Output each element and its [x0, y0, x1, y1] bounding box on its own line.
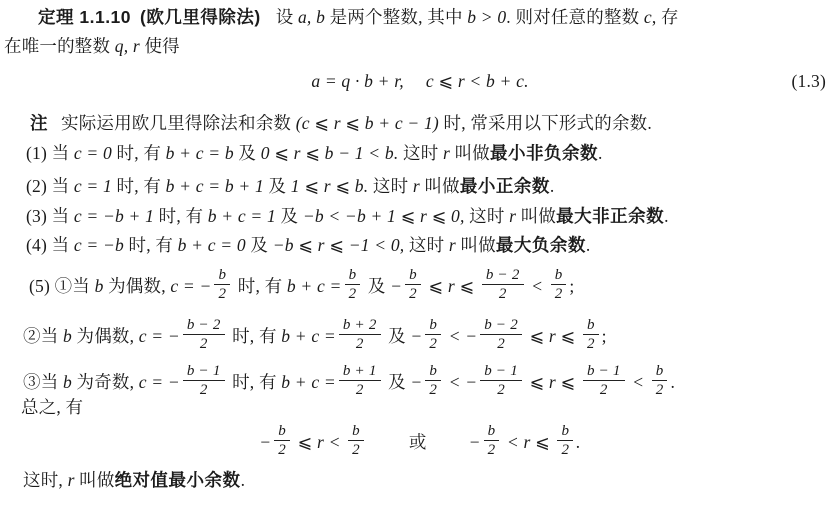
item-text: .	[670, 372, 675, 392]
final-display-equation: −b2 ⩽ r < b2或−b2 < r ⩽ b2.	[0, 417, 840, 467]
item-text: ;	[569, 276, 574, 296]
fraction-b-over-2: b2	[425, 317, 441, 354]
theorem-text: 是两个整数, 其中	[325, 7, 467, 27]
math-run: −b < −b + 1 ⩽ r ⩽ 0,	[303, 206, 465, 226]
item-number: (3) 当	[26, 206, 74, 226]
math-run: r	[443, 143, 450, 163]
math-run: c = −b + 1	[74, 206, 154, 226]
item-text: 时, 有	[154, 206, 208, 226]
math-run: b	[63, 372, 72, 392]
remainder-term: 最大负余数	[496, 235, 586, 255]
item-number: (1) 当	[26, 143, 74, 163]
math-run: 0 ⩽ r ⩽ b − 1 < b.	[261, 143, 399, 163]
note-item-5b: ②当 b 为偶数, c = −b − 22 时, 有 b + c =b + 22…	[23, 312, 607, 360]
fraction-b-over-2: b2	[345, 267, 361, 304]
item-text: .	[550, 176, 555, 196]
item-text: 时, 有	[112, 143, 166, 163]
final-sentence: 这时, r 叫做绝对值最小余数.	[23, 470, 245, 490]
math-run: < −	[444, 326, 477, 346]
math-run: b	[95, 276, 104, 296]
item-text: 这时	[398, 143, 443, 163]
note-intro: 注实际运用欧几里得除法和余数 (c ⩽ r ⩽ b + c − 1) 时, 常采…	[30, 113, 652, 133]
item-text: 及	[384, 372, 411, 392]
math-run: r	[413, 176, 420, 196]
fraction-b-over-2: b2	[425, 363, 441, 400]
remainder-term: 最小正余数	[460, 176, 550, 196]
math-run: b + c =	[281, 372, 336, 392]
fraction-b-over-2: b2	[214, 267, 230, 304]
math-run: b + c =	[281, 326, 336, 346]
item-text: .	[586, 235, 591, 255]
math-run: r	[449, 235, 456, 255]
item-text: 叫做	[516, 206, 556, 226]
item-text: 叫做	[456, 235, 496, 255]
final-text: 叫做	[75, 470, 115, 490]
theorem-text: , 存	[652, 7, 679, 27]
item-number: (4) 当	[26, 235, 74, 255]
math-run: b + c = 0	[178, 235, 246, 255]
item-text: 叫做	[450, 143, 490, 163]
math-run: c = −b	[74, 235, 124, 255]
note-item-2: (2) 当 c = 1 时, 有 b + c = b + 1 及 1 ⩽ r ⩽…	[26, 176, 554, 196]
remainder-term: 最大非正余数	[556, 206, 664, 226]
remainder-term: 最小非负余数	[490, 143, 598, 163]
math-run: <	[628, 372, 649, 392]
note-item-5c: ③当 b 为奇数, c = −b − 12 时, 有 b + c =b + 12…	[23, 358, 675, 406]
theorem-text: 使得	[140, 36, 180, 56]
final-text: .	[241, 470, 246, 490]
equation-body: a = q · b + r,	[311, 71, 404, 91]
math-run: c = −	[139, 326, 180, 346]
math-run: ⩽ r ⩽	[525, 372, 580, 392]
math-run: c = 0	[74, 143, 112, 163]
fraction-b-minus-1-over-2: b − 12	[183, 363, 225, 400]
item-text: 时, 有	[228, 326, 282, 346]
item-text: 为奇数,	[72, 372, 139, 392]
math-run: −	[410, 372, 422, 392]
math-run: −b ⩽ r ⩽ −1 < 0,	[273, 235, 405, 255]
item-number: (2) 当	[26, 176, 74, 196]
final-text: 这时,	[23, 470, 68, 490]
fraction-b-minus-2-over-2: b − 22	[480, 317, 522, 354]
summary-line: 总之, 有	[21, 397, 83, 417]
math-run: q, r	[115, 36, 140, 56]
display-equation-1-3: a = q · b + r,c ⩽ r < b + c.(1.3)	[0, 71, 840, 91]
theorem-line-2: 在唯一的整数 q, r 使得	[4, 36, 180, 56]
theorem-title: (欧几里得除法)	[140, 7, 261, 27]
item-text: 及	[384, 326, 411, 346]
math-run: b + c = 1	[208, 206, 276, 226]
math-run: ⩽ r ⩽	[525, 326, 580, 346]
math-run: −	[390, 276, 402, 296]
item-text: 这时	[404, 235, 449, 255]
math-run: c = −	[139, 372, 180, 392]
math-run: < r ⩽	[502, 432, 554, 452]
theorem-line-1: 定理 1.1.10(欧几里得除法)设 a, b 是两个整数, 其中 b > 0.…	[38, 7, 679, 27]
math-run: −	[259, 432, 271, 452]
theorem-text: 在唯一的整数	[4, 36, 115, 56]
math-run: < −	[444, 372, 477, 392]
math-run: b + c = b	[166, 143, 234, 163]
note-item-4: (4) 当 c = −b 时, 有 b + c = 0 及 −b ⩽ r ⩽ −…	[26, 235, 590, 255]
item-number: ③当	[23, 372, 63, 392]
math-run: b > 0	[467, 7, 506, 27]
math-run: .	[576, 432, 581, 452]
note-item-1: (1) 当 c = 0 时, 有 b + c = b 及 0 ⩽ r ⩽ b −…	[26, 143, 603, 163]
note-item-3: (3) 当 c = −b + 1 时, 有 b + c = 1 及 −b < −…	[26, 206, 669, 226]
fraction-b-plus-1-over-2: b + 12	[339, 363, 381, 400]
item-text: 时, 有	[233, 276, 287, 296]
fraction-b-over-2: b2	[557, 423, 573, 460]
theorem-number: 定理 1.1.10	[38, 7, 131, 27]
fraction-b-over-2: b2	[274, 423, 290, 460]
fraction-b-over-2: b2	[348, 423, 364, 460]
item-text: 这时	[368, 176, 413, 196]
math-run: b	[63, 326, 72, 346]
note-text: 实际运用欧几里得除法和余数	[61, 113, 296, 133]
item-text: 及	[246, 235, 273, 255]
math-run: <	[527, 276, 548, 296]
fraction-b-over-2: b2	[583, 317, 599, 354]
item-text: 时, 有	[228, 372, 282, 392]
math-run: ⩽ r <	[293, 432, 345, 452]
item-text: 及	[264, 176, 291, 196]
math-run: b + c =	[287, 276, 342, 296]
fraction-b-minus-2-over-2: b − 22	[183, 317, 225, 354]
item-text: 叫做	[420, 176, 460, 196]
math-run: ⩽ r ⩽	[424, 276, 479, 296]
item-text: 时, 有	[112, 176, 166, 196]
math-run: c	[644, 7, 652, 27]
math-run: b + c = b + 1	[166, 176, 264, 196]
item-text: ;	[602, 326, 607, 346]
item-text: 时, 有	[124, 235, 178, 255]
math-run: (c ⩽ r ⩽ b + c − 1)	[296, 113, 439, 133]
fraction-b-over-2: b2	[484, 423, 500, 460]
math-run: −	[469, 432, 481, 452]
item-number: ②当	[23, 326, 63, 346]
math-run: a, b	[298, 7, 325, 27]
remainder-term: 绝对值最小余数	[115, 470, 241, 490]
fraction-b-over-2: b2	[405, 267, 421, 304]
math-run: −	[410, 326, 422, 346]
item-text: 及	[234, 143, 261, 163]
item-text: .	[664, 206, 669, 226]
fraction-b-plus-2-over-2: b + 22	[339, 317, 381, 354]
note-text: 时, 常采用以下形式的余数.	[439, 113, 652, 133]
item-text: 及	[276, 206, 303, 226]
item-text: 为偶数,	[104, 276, 171, 296]
equation-body: c ⩽ r < b + c.	[426, 71, 529, 91]
item-number: (5) ①当	[29, 276, 95, 296]
math-run: r	[68, 470, 75, 490]
fraction-b-minus-1-over-2: b − 12	[583, 363, 625, 400]
item-text: 为偶数,	[72, 326, 139, 346]
fraction-b-minus-1-over-2: b − 12	[480, 363, 522, 400]
note-item-5a: (5) ①当 b 为偶数, c = −b2 时, 有 b + c =b2 及 −…	[29, 262, 574, 310]
fraction-b-minus-2-over-2: b − 22	[482, 267, 524, 304]
item-text: 这时	[465, 206, 510, 226]
equation-tag: (1.3)	[791, 71, 826, 91]
theorem-text: 设	[276, 7, 298, 27]
item-text: 及	[363, 276, 390, 296]
note-label: 注	[30, 113, 48, 133]
fraction-b-over-2: b2	[551, 267, 567, 304]
theorem-text: . 则对任意的整数	[506, 7, 644, 27]
fraction-b-over-2: b2	[652, 363, 668, 400]
math-run: 1 ⩽ r ⩽ b.	[291, 176, 369, 196]
math-run: c = −	[170, 276, 211, 296]
summary-text: 总之, 有	[21, 397, 83, 417]
or-word: 或	[409, 432, 427, 452]
math-run: c = 1	[74, 176, 112, 196]
item-text: .	[598, 143, 603, 163]
textbook-page: { "page": { "background": "#ffffff", "te…	[0, 0, 840, 516]
